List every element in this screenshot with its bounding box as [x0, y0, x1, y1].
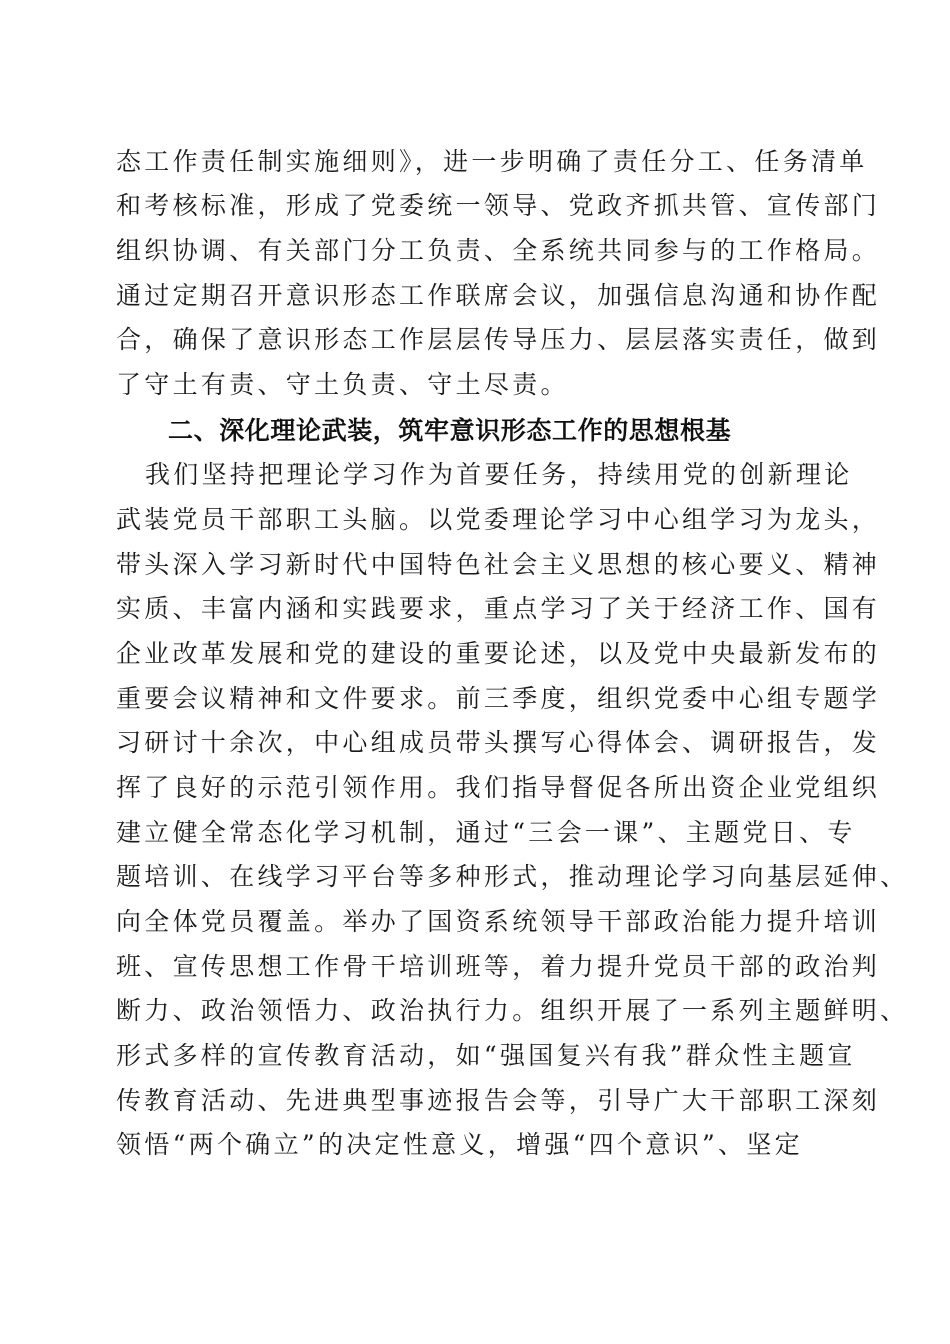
text-line: 班、宣传思想工作骨干培训班等，着力提升党员干部的政治判 [116, 945, 836, 989]
text-line: 和考核标准，形成了党委统一领导、党政齐抓共管、宣传部门 [116, 184, 836, 228]
text-line: 建立健全常态化学习机制，通过“三会一课”、主题党日、专 [116, 811, 836, 855]
text-line: 组织协调、有关部门分工负责、全系统共同参与的工作格局。 [116, 229, 836, 273]
text-line: 挥了良好的示范引领作用。我们指导督促各所出资企业党组织 [116, 766, 836, 810]
text-line: 向全体党员覆盖。举办了国资系统领导干部政治能力提升培训 [116, 900, 836, 944]
text-line: 题培训、在线学习平台等多种形式，推动理论学习向基层延伸、 [116, 855, 836, 899]
text-line: 领悟“两个确立”的决定性意义，增强“四个意识”、坚定 [116, 1123, 836, 1167]
text-line: 了守土有责、守土负责、守土尽责。 [116, 363, 836, 407]
text-line: 习研讨十余次，中心组成员带头撰写心得体会、调研报告，发 [116, 721, 836, 765]
text-line: 断力、政治领悟力、政治执行力。组织开展了一系列主题鲜明、 [116, 989, 836, 1033]
text-line: 态工作责任制实施细则》，进一步明确了责任分工、任务清单 [116, 140, 836, 184]
text-line: 形式多样的宣传教育活动，如“强国复兴有我”群众性主题宣 [116, 1034, 836, 1078]
text-line: 传教育活动、先进典型事迹报告会等，引导广大干部职工深刻 [116, 1079, 836, 1123]
text-line: 带头深入学习新时代中国特色社会主义思想的核心要义、精神 [116, 543, 836, 587]
text-line: 合，确保了意识形态工作层层传导压力、层层落实责任，做到 [116, 318, 836, 362]
text-line: 实质、丰富内涵和实践要求，重点学习了关于经济工作、国有 [116, 587, 836, 631]
text-line: 武装党员干部职工头脑。以党委理论学习中心组学习为龙头， [116, 498, 836, 542]
section-heading: 二、深化理论武装，筑牢意识形态工作的思想根基 [168, 409, 888, 453]
document-page: 态工作责任制实施细则》，进一步明确了责任分工、任务清单 和考核标准，形成了党委统… [0, 0, 950, 1344]
text-line: 通过定期召开意识形态工作联席会议，加强信息沟通和协作配 [116, 274, 836, 318]
text-line: 企业改革发展和党的建设的重要论述，以及党中央最新发布的 [116, 632, 836, 676]
text-line: 我们坚持把理论学习作为首要任务，持续用党的创新理论 [145, 453, 865, 497]
text-line: 重要会议精神和文件要求。前三季度，组织党委中心组专题学 [116, 677, 836, 721]
